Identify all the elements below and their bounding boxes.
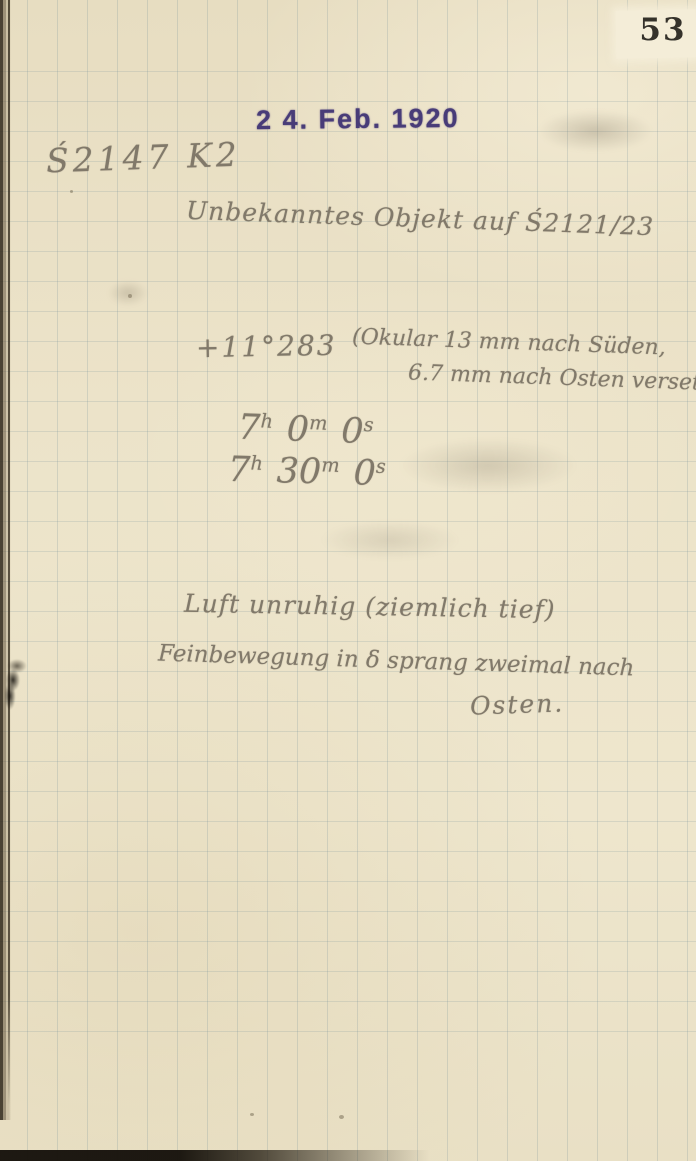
show-through-mark	[538, 110, 653, 152]
object-designation: Ś2147 K2	[45, 135, 241, 181]
show-through-mark	[108, 280, 148, 306]
time-entry-1: 7h0m0s	[237, 408, 374, 453]
page-binding-edge-line	[8, 0, 10, 1105]
show-through-mark	[320, 520, 460, 560]
time-entry-2: 7h30m0s	[228, 450, 387, 494]
paper-speck	[128, 294, 132, 298]
coordinate-value: +11°283	[196, 329, 337, 364]
page-bottom-edge-shadow	[0, 1150, 430, 1161]
date-stamp: 2 4. Feb. 1920	[256, 103, 460, 136]
paper-speck	[339, 1115, 344, 1119]
fine-motion-note-line2: Osten.	[470, 688, 565, 720]
paper-speck	[70, 190, 73, 193]
show-through-mark	[398, 438, 578, 493]
page-number: 53	[636, 12, 690, 48]
paper-speck	[250, 1113, 254, 1116]
notebook-page: 53 2 4. Feb. 1920 Ś2147 K2 Unbekanntes O…	[0, 0, 696, 1161]
ink-smudge	[1, 638, 29, 718]
